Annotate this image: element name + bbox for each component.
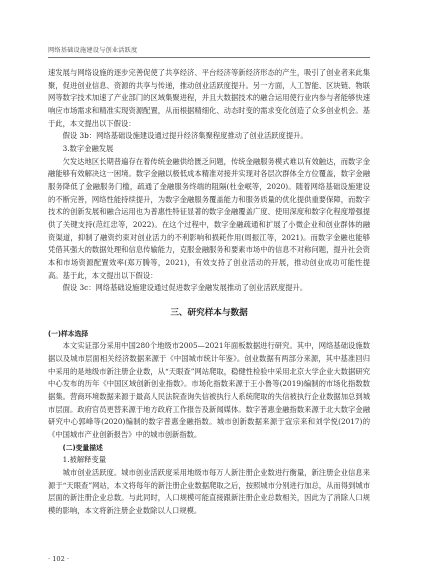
paragraph: 速发展与网络设施的逐步完善促使了共享经济、平台经济等新经济形态的产生，吸引了创业…	[48, 67, 370, 130]
subheading-dependent-variable: 1.被解释变量	[48, 454, 370, 467]
hypothesis-3b: 假设 3b：网络基础设施建设通过提升经济集聚程度推动了创业活跃度提升。	[48, 130, 370, 143]
running-head: 网络基础设施建设与创业活跃度	[48, 45, 137, 54]
body-text: 速发展与网络设施的逐步完善促使了共享经济、平台经济等新经济形态的产生，吸引了创业…	[48, 67, 370, 518]
hypothesis-3c: 假设 3c：网络基础设施建设通过促进数字金融发展推动了创业活跃度提升。	[48, 282, 370, 295]
subsection-heading-sample: (一)样本选择	[48, 328, 370, 341]
page-number: · 102 ·	[48, 555, 69, 563]
subsection-heading-variables: (二)变量描述	[48, 442, 370, 455]
paragraph: 城市创业活跃度。城市创业活跃度采用地级市每万人新注册企业数进行衡量，新注册企业信…	[48, 467, 370, 518]
header-rule	[48, 57, 370, 58]
subheading-digital-finance: 3.数字金融发展	[48, 143, 370, 156]
paragraph: 欠发达地区长期普遍存在着传统金融供给匮乏问题，传统金融服务模式难以有效触达，而数…	[48, 156, 370, 283]
section-title: 三、研究样本与数据	[48, 306, 370, 320]
paragraph: 本文实证部分采用中国280个地级市2005—2021年面板数据进行研究。其中，网…	[48, 340, 370, 441]
